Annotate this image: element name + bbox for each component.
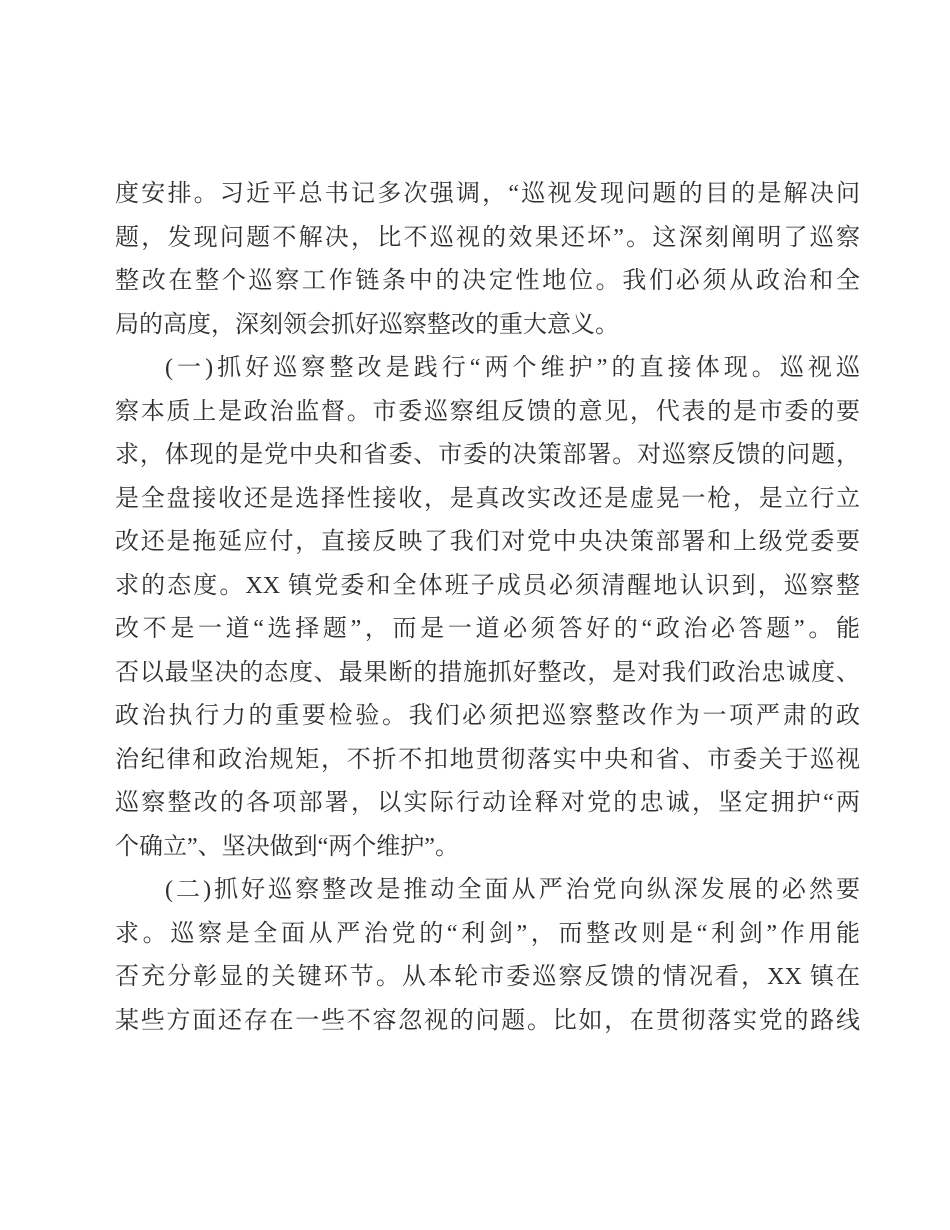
text-line: 整改在整个巡察工作链条中的决定性地位。我们必须从政治和全 bbox=[115, 260, 860, 304]
text-line: 治纪律和政治规矩，不折不扣地贯彻落实中央和省、市委关于巡视 bbox=[115, 739, 860, 783]
text-line: 巡察整改的各项部署，以实际行动诠释对党的忠诚，坚定拥护“两 bbox=[115, 782, 860, 826]
paragraph-2: (一)抓好巡察整改是践行“两个维护”的直接体现。巡视巡 察本质上是政治监督。市委… bbox=[115, 347, 860, 869]
paragraph-1: 度安排。习近平总书记多次强调，“巡视发现问题的目的是解决问 题，发现问题不解决，… bbox=[115, 173, 860, 347]
document-page: 度安排。习近平总书记多次强调，“巡视发现问题的目的是解决问 题，发现问题不解决，… bbox=[0, 0, 950, 1230]
text-line: 否以最坚决的态度、最果断的措施抓好整改，是对我们政治忠诚度、 bbox=[115, 652, 860, 696]
text-line: 求。巡察是全面从严治党的“利剑”，而整改则是“利剑”作用能 bbox=[115, 913, 860, 957]
text-line: 度安排。习近平总书记多次强调，“巡视发现问题的目的是解决问 bbox=[115, 173, 860, 217]
text-line: 改不是一道“选择题”，而是一道必须答好的“政治必答题”。能 bbox=[115, 608, 860, 652]
text-line: 个确立”、坚决做到“两个维护”。 bbox=[115, 826, 860, 870]
text-line: 求，体现的是党中央和省委、市委的决策部署。对巡察反馈的问题， bbox=[115, 434, 860, 478]
text-line: (二)抓好巡察整改是推动全面从严治党向纵深发展的必然要 bbox=[115, 869, 860, 913]
text-line: 政治执行力的重要检验。我们必须把巡察整改作为一项严肃的政 bbox=[115, 695, 860, 739]
text-line: 是全盘接收还是选择性接收，是真改实改还是虚晃一枪，是立行立 bbox=[115, 478, 860, 522]
text-line: 改还是拖延应付，直接反映了我们对党中央决策部署和上级党委要 bbox=[115, 521, 860, 565]
text-line: (一)抓好巡察整改是践行“两个维护”的直接体现。巡视巡 bbox=[115, 347, 860, 391]
text-line: 求的态度。XX 镇党委和全体班子成员必须清醒地认识到，巡察整 bbox=[115, 565, 860, 609]
paragraph-3: (二)抓好巡察整改是推动全面从严治党向纵深发展的必然要 求。巡察是全面从严治党的… bbox=[115, 869, 860, 1043]
text-line: 局的高度，深刻领会抓好巡察整改的重大意义。 bbox=[115, 304, 860, 348]
text-line: 题，发现问题不解决，比不巡视的效果还坏”。这深刻阐明了巡察 bbox=[115, 217, 860, 261]
text-line: 察本质上是政治监督。市委巡察组反馈的意见，代表的是市委的要 bbox=[115, 391, 860, 435]
text-line: 某些方面还存在一些不容忽视的问题。比如，在贯彻落实党的路线 bbox=[115, 1000, 860, 1044]
text-line: 否充分彰显的关键环节。从本轮市委巡察反馈的情况看，XX 镇在 bbox=[115, 956, 860, 1000]
